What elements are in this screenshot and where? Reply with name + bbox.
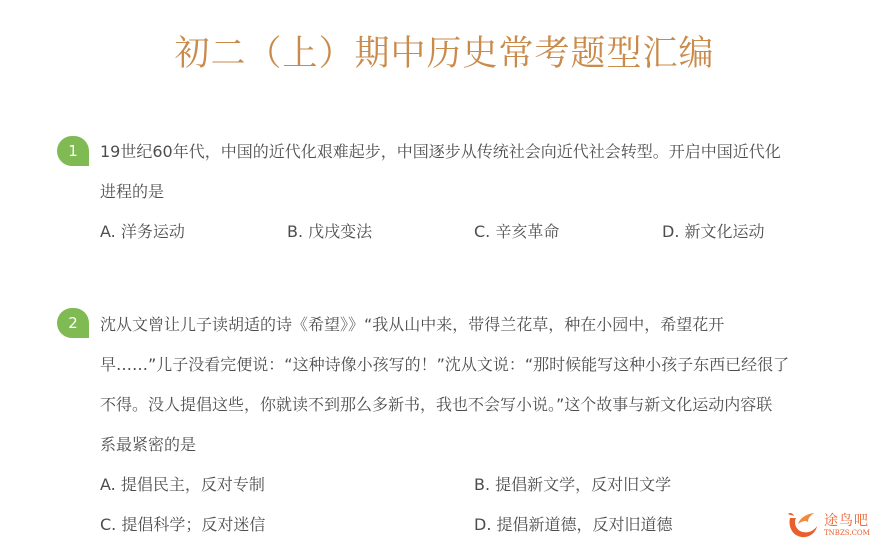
option-d[interactable]: D. 提倡新道德，反对旧道德 [474,514,673,536]
option-label: C. [100,515,116,534]
option-b[interactable]: B. 戊戌变法 [287,221,372,243]
phoenix-logo-icon [786,510,820,540]
question-text-line: 沈从文曾让儿子读胡适的诗《希望》》“我从山中来，带得兰花草，种在小园中，希望花开 [100,314,724,336]
option-label: B. [474,475,490,494]
option-text: 辛亥革命 [495,222,559,241]
option-text: 新文化运动 [685,222,765,241]
question-text-line: 系最紧密的是 [100,434,196,456]
watermark-logo: 途鸟吧 TNBZS.COM [786,509,876,541]
question-text-line: 不得。没人提倡这些，你就读不到那么多新书，我也不会写小说。”这个故事与新文化运动… [100,394,772,416]
option-text: 提倡科学；反对迷信 [121,515,265,534]
option-d[interactable]: D. 新文化运动 [662,221,765,243]
option-b[interactable]: B. 提倡新文学，反对旧文学 [474,474,671,496]
option-a[interactable]: A. 提倡民主，反对专制 [100,474,265,496]
option-label: D. [662,222,679,241]
option-label: D. [474,515,491,534]
watermark-cn: 途鸟吧 [824,514,870,528]
option-c[interactable]: C. 辛亥革命 [474,221,559,243]
option-label: A. [100,475,116,494]
option-label: A. [100,222,116,241]
question-number-badge: 1 [57,136,89,166]
question-text-line: 19世纪60年代，中国的近代化艰难起步，中国逐步从传统社会向近代社会转型。开启中… [100,141,781,163]
option-text: 提倡新文学，反对旧文学 [495,475,671,494]
question-text-line: 早……”儿子没看完便说：“这种诗像小孩写的！”沈从文说：“那时候能写这种小孩子东… [100,354,789,376]
option-label: B. [287,222,303,241]
option-c[interactable]: C. 提倡科学；反对迷信 [100,514,265,536]
option-label: C. [474,222,490,241]
watermark-en: TNBZS.COM [824,530,870,537]
option-text: 洋务运动 [121,222,185,241]
question-number-badge: 2 [57,308,89,338]
option-text: 提倡新道德，反对旧道德 [497,515,673,534]
page-title: 初二（上）期中历史常考题型汇编 [0,30,889,78]
question-text-line: 进程的是 [100,181,164,203]
option-a[interactable]: A. 洋务运动 [100,221,185,243]
option-text: 提倡民主，反对专制 [121,475,265,494]
option-text: 戊戌变法 [308,222,372,241]
